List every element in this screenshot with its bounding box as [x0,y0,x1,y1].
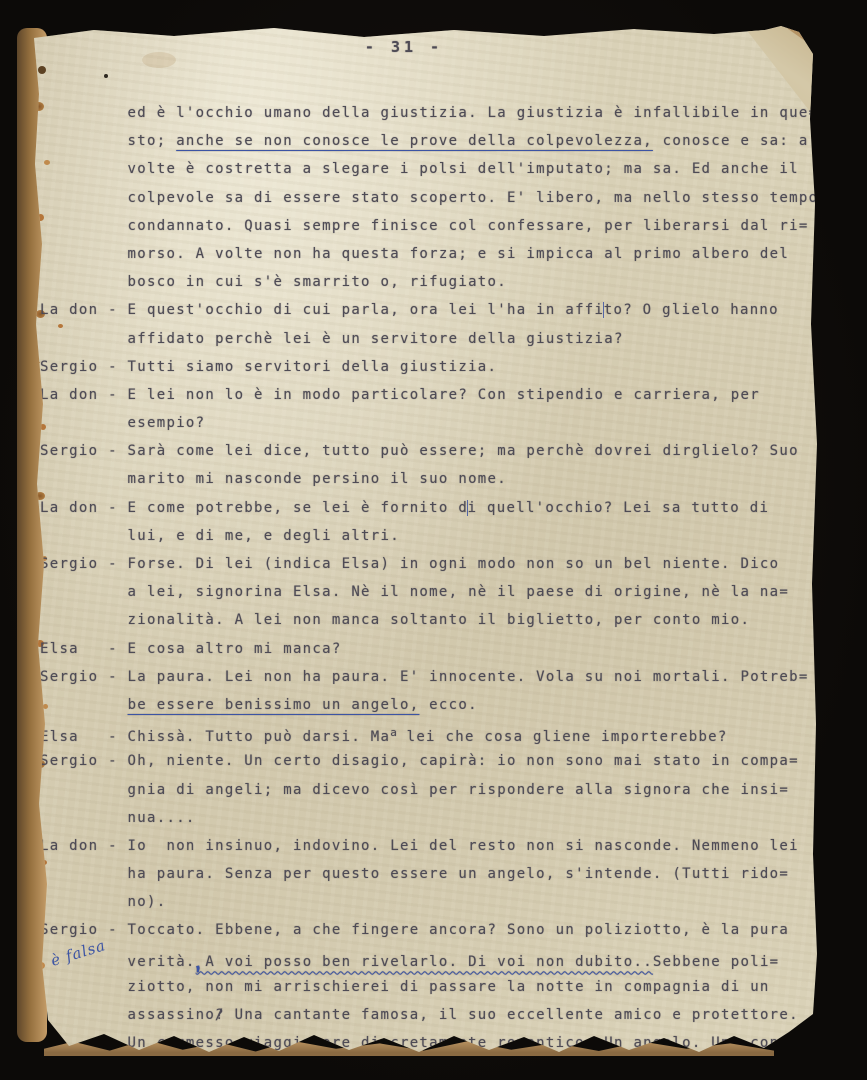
typescript-text-block: ed è l'occhio umano della giustizia. La … [40,99,818,1057]
stain [142,52,176,68]
typescript-line: Elsa - Chissà. Tutto può darsi. Maa lei … [40,719,818,747]
scanned-document-page: - 31 - ed è l'occhio umano della giustiz… [0,0,867,1080]
typescript-line: be essere benissimo un angelo, ecco. [40,691,818,719]
typescript-line: Sergio - Forse. Di lei (indica Elsa) in … [40,550,818,578]
typescript-line: morso. A volte non ha questa forza; e si… [40,240,818,268]
typescript-line: lui, e di me, e degli altri. [40,522,818,550]
typescript-line: nua.... [40,804,818,832]
typescript-line: esempio? [40,409,818,437]
typescript-line: Sergio - Toccato. Ebbene, a che fingere … [40,916,818,944]
typescript-line: sto; anche se non conosce le prove della… [40,127,818,155]
typescript-line: a lei, signorina Elsa. Nè il nome, nè il… [40,578,818,606]
typescript-line: bosco in cui s'è smarrito o, rifugiato. [40,268,818,296]
typescript-line: no). [40,888,818,916]
typescript-sheet: - 31 - ed è l'occhio umano della giustiz… [24,24,818,1058]
typescript-line: La don - E come potrebbe, se lei è forni… [40,494,818,522]
typescript-line: gnia di angeli; ma dicevo così per rispo… [40,776,818,804]
typescript-line: zionalità. A lei non manca soltanto il b… [40,606,818,634]
typescript-line: La don - Io non insinuo, indovino. Lei d… [40,832,818,860]
typescript-line: Sergio - Tutti siamo servitori della giu… [40,353,818,381]
typescript-line: affidato perchè lei è un servitore della… [40,325,818,353]
typescript-line: assassino?/ Una cantante famosa, il suo … [40,1001,818,1029]
typescript-line: ziotto, non mi arrischierei di passare l… [40,973,818,1001]
typescript-line: La don - E lei non lo è in modo particol… [40,381,818,409]
typescript-line: La don - E quest'occhio di cui parla, or… [40,296,818,324]
typescript-line: Sergio - Oh, niente. Un certo disagio, c… [40,747,818,775]
stain [104,74,108,78]
typescript-line: Elsa - E cosa altro mi manca? [40,635,818,663]
typescript-line: Sergio - La paura. Lei non ha paura. E' … [40,663,818,691]
typescript-line: volte è costretta a slegare i polsi dell… [40,155,818,183]
stain [38,66,46,74]
typescript-line: marito mi nasconde persino il suo nome. [40,465,818,493]
typescript-line: ed è l'occhio umano della giustizia. La … [40,99,818,127]
typescript-line: Sergio - Sarà come lei dice, tutto può e… [40,437,818,465]
page-number: - 31 - [344,38,464,56]
typescript-line: condannato. Quasi sempre finisce col con… [40,212,818,240]
typescript-line: colpevole sa di essere stato scoperto. E… [40,184,818,212]
typescript-line: verità., A voi posso ben rivelarlo. Di v… [40,945,818,973]
typescript-line: ha paura. Senza per questo essere un ang… [40,860,818,888]
